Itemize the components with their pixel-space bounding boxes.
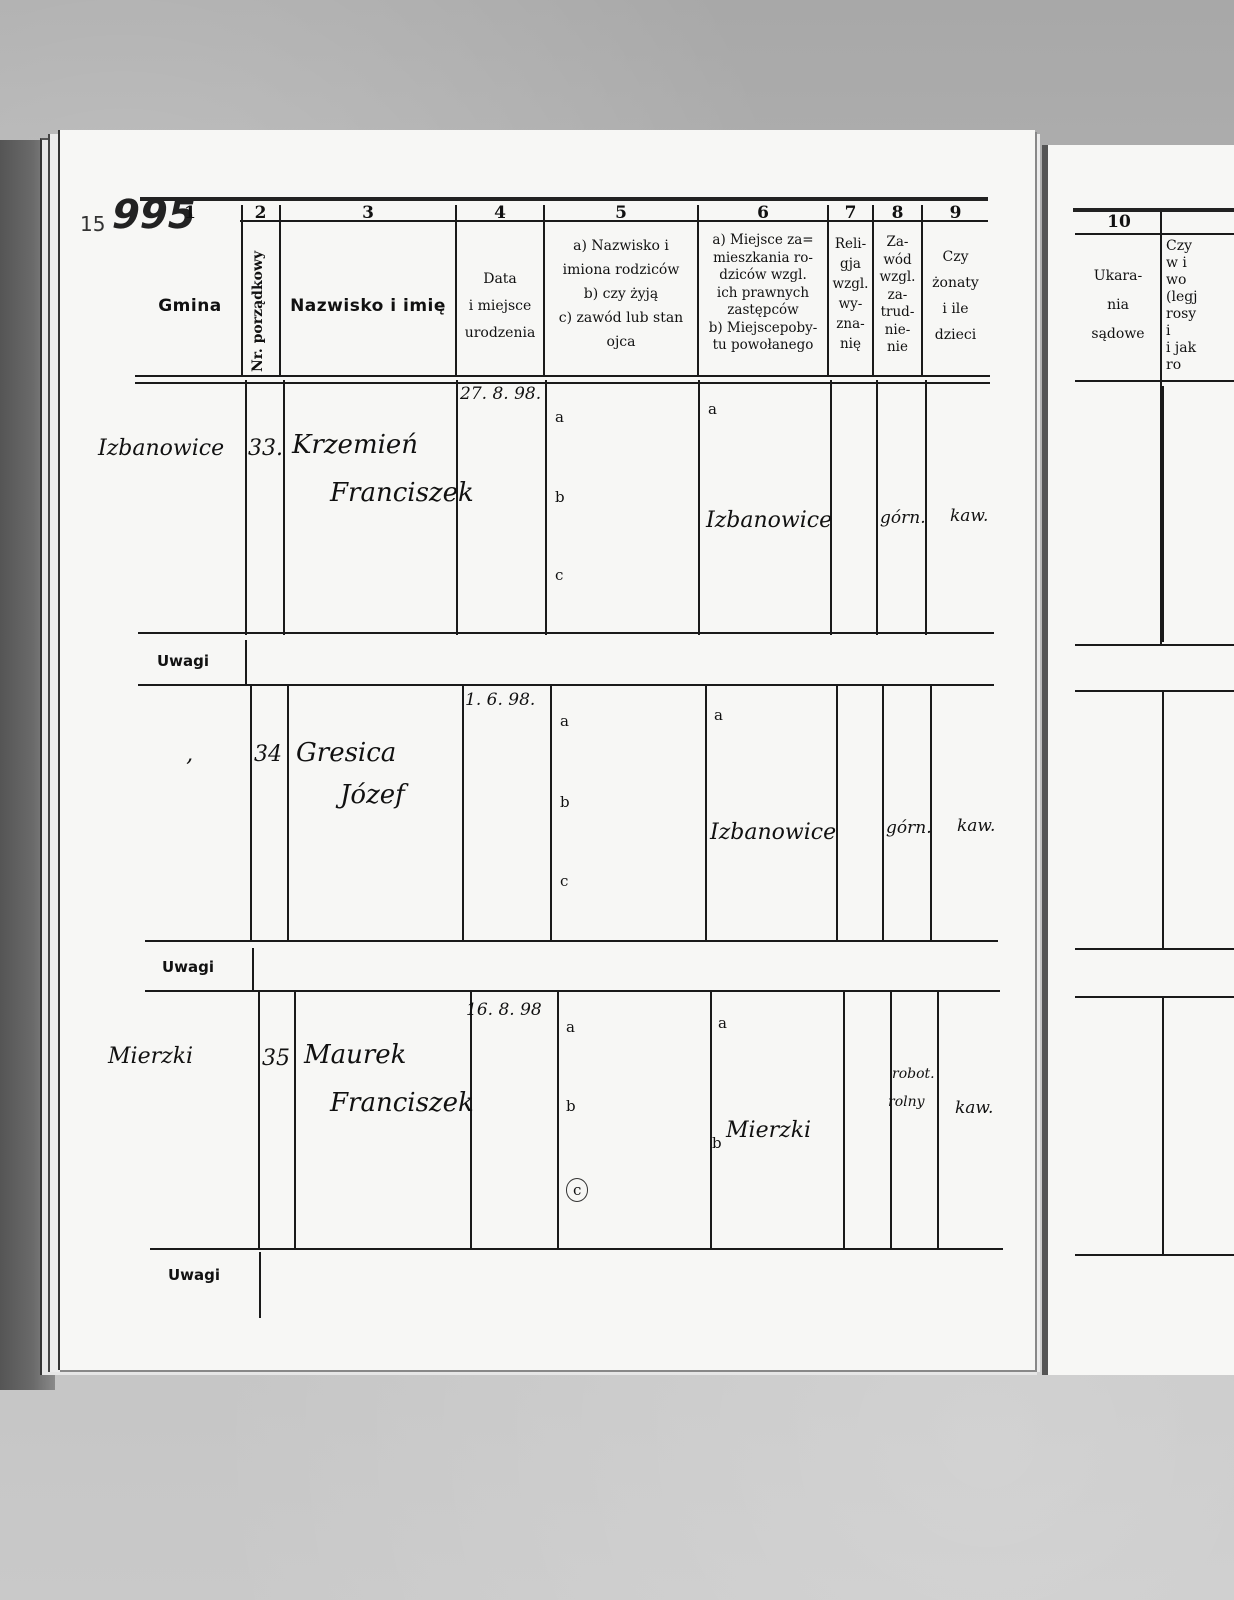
sub-label-a: a — [555, 408, 564, 426]
sub-label-a: a — [714, 706, 723, 724]
col-divider — [1162, 998, 1164, 1254]
col-divider — [245, 380, 247, 635]
sub-label-c: c — [555, 566, 563, 584]
remarks-label: Uwagi — [157, 652, 209, 670]
entry-surname: Krzemień — [292, 430, 418, 460]
entry-birth-date: 27. 8. 98. — [460, 384, 541, 404]
entry-surname: Gresica — [296, 738, 396, 768]
entry-given-name: Józef — [340, 780, 405, 810]
remarks-bottom-rule — [145, 990, 1000, 992]
header-data-urodzenia: Data i miejsce urodzenia — [457, 266, 543, 347]
col-divider — [705, 686, 707, 942]
header-bottom-rule — [135, 375, 990, 377]
entry-residence: Mierzki — [726, 1118, 811, 1143]
remarks-label: Uwagi — [168, 1266, 220, 1284]
col-divider — [279, 205, 281, 377]
entry-occupation-line2: rolny — [888, 1094, 925, 1110]
header-nr-porzadkowy: Nr. porządkowy — [250, 251, 266, 372]
col-divider — [1162, 386, 1164, 642]
header-rodzice: a) Nazwisko i imiona rodziców b) czy żyj… — [545, 234, 697, 354]
right-row-rule — [1075, 690, 1234, 692]
remarks-divider — [259, 1252, 261, 1318]
row-bottom-rule — [145, 940, 998, 942]
header-col11-partial: Czy w i wo (legj rosy i i jak ro — [1166, 238, 1226, 374]
remarks-bottom-rule — [138, 684, 994, 686]
col-divider — [1162, 692, 1164, 948]
col-divider — [283, 380, 285, 635]
col-divider — [294, 992, 296, 1250]
col-divider — [241, 205, 243, 377]
col-divider — [698, 380, 700, 635]
col-divider — [258, 992, 260, 1250]
col-divider — [930, 686, 932, 942]
sub-label-b: b — [555, 488, 565, 506]
right-column-number-rule — [1075, 233, 1234, 235]
remarks-divider — [252, 948, 254, 992]
entry-gmina: Izbanowice — [98, 436, 224, 461]
entry-marital-status: kaw. — [955, 1098, 993, 1118]
right-row-rule — [1075, 644, 1234, 646]
col-divider — [250, 686, 252, 942]
sub-label-a: a — [566, 1018, 575, 1036]
column-number: 9 — [923, 203, 988, 223]
folio-number-small: 15 — [80, 212, 105, 236]
right-header-bottom-rule — [1075, 380, 1234, 382]
col-divider — [287, 686, 289, 942]
entry-surname: Maurek — [304, 1040, 406, 1070]
column-number: 10 — [1080, 212, 1158, 232]
entry-given-name: Franciszek — [330, 1088, 474, 1118]
entry-occupation: górn. — [886, 818, 932, 838]
remarks-divider — [245, 640, 247, 686]
sub-label-b: b — [560, 793, 570, 811]
column-number: 6 — [699, 203, 827, 223]
col-divider — [876, 380, 878, 635]
entry-gmina: Mierzki — [108, 1044, 193, 1069]
column-number: 8 — [874, 203, 921, 223]
sub-label-a: a — [708, 400, 717, 418]
col-divider — [882, 686, 884, 942]
entry-birth-date: 16. 8. 98 — [466, 1000, 542, 1020]
header-zonaty: Czy żonaty i ile dzieci — [923, 244, 988, 348]
row-bottom-rule — [150, 1248, 1003, 1250]
sub-label-b: b — [712, 1134, 722, 1152]
header-zawod: Za- wód wzgl. za- trud- nie- nie — [874, 234, 921, 357]
entry-occupation-line1: robot. — [892, 1066, 935, 1082]
entry-gmina: ‚ — [186, 742, 193, 767]
entry-marital-status: kaw. — [950, 506, 988, 526]
right-row-rule — [1075, 948, 1234, 950]
col-divider — [836, 686, 838, 942]
entry-number: 34 — [254, 742, 282, 767]
column-number: 7 — [829, 203, 872, 223]
sub-label-a: a — [718, 1014, 727, 1032]
entry-number: 33. — [248, 436, 283, 461]
column-number: 4 — [457, 203, 543, 223]
header-gmina: Gmina — [140, 296, 240, 316]
entry-birth-date: 1. 6. 98. — [465, 690, 535, 710]
sub-label-c: c — [560, 872, 568, 890]
column-number: 5 — [545, 203, 697, 223]
sub-label-b: b — [566, 1097, 576, 1115]
entry-residence: Izbanowice — [706, 508, 832, 533]
right-row-rule — [1075, 996, 1234, 998]
col-divider — [843, 992, 845, 1250]
header-miejsce-zamieszkania: a) Miejsce za= mieszkania ro- dziców wzg… — [699, 232, 827, 355]
col-divider — [890, 992, 892, 1250]
col-divider — [470, 992, 472, 1250]
entry-occupation: górn. — [880, 508, 926, 528]
row-bottom-rule — [138, 632, 994, 634]
entry-residence: Izbanowice — [710, 820, 836, 845]
col-divider — [557, 992, 559, 1250]
row-top-rule — [135, 382, 990, 384]
entry-number: 35 — [262, 1046, 290, 1071]
sub-label-a: a — [560, 712, 569, 730]
col-divider — [545, 380, 547, 635]
column-number: 3 — [281, 203, 455, 223]
col-divider — [937, 992, 939, 1250]
header-top-rule — [140, 197, 988, 201]
entry-marital-status: kaw. — [957, 816, 995, 836]
remarks-label: Uwagi — [162, 958, 214, 976]
col-divider — [710, 992, 712, 1250]
column-number: 1 — [170, 203, 210, 223]
entry-given-name: Franciszek — [330, 478, 474, 508]
right-row-rule — [1075, 1254, 1234, 1256]
col-divider — [550, 686, 552, 942]
col-divider — [462, 686, 464, 942]
header-nazwisko-imie: Nazwisko i imię — [281, 296, 455, 316]
header-religia: Reli- gja wzgl. wy- zna- nię — [829, 234, 872, 354]
column-number: 2 — [242, 203, 279, 223]
header-ukarania: Ukara- nia sądowe — [1077, 262, 1159, 349]
